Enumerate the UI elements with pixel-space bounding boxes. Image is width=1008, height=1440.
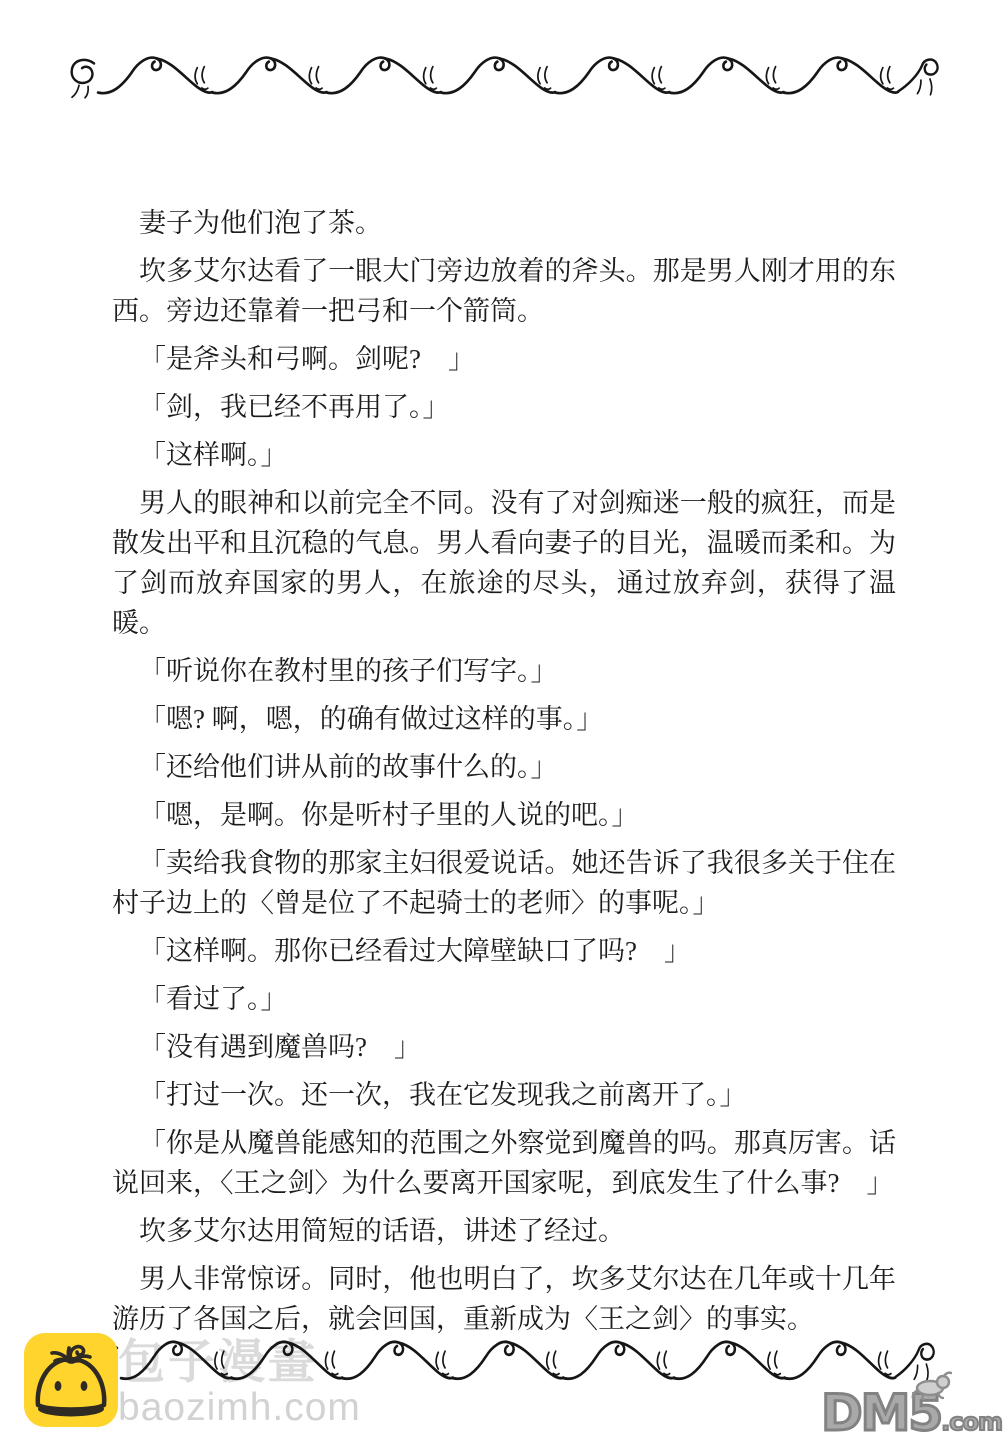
paragraph: 「是斧头和弓啊。剑呢? 」 <box>112 339 896 379</box>
paragraph: 「还给他们讲从前的故事什么的。」 <box>112 747 896 787</box>
paragraph: 男人非常惊讶。同时，他也明白了，坎多艾尔达在几年或十几年游历了各国之后，就会回国… <box>112 1259 896 1339</box>
paragraph: 「没有遇到魔兽吗? 」 <box>112 1027 896 1067</box>
paragraph: 「剑，我已经不再用了。」 <box>112 387 896 427</box>
baozi-watermark-name: 包子漫畫 <box>118 1338 318 1385</box>
paragraph: 男人的眼神和以前完全不同。没有了对剑痴迷一般的疯狂，而是散发出平和且沉稳的气息。… <box>112 483 896 643</box>
dm5-logo-tld: .com <box>941 1410 1002 1434</box>
baozi-logo-icon <box>24 1333 118 1427</box>
paragraph: 坎多艾尔达看了一眼大门旁边放着的斧头。那是男人刚才用的东西。旁边还靠着一把弓和一… <box>112 251 896 331</box>
paragraph: 「这样啊。」 <box>112 435 896 475</box>
paragraph: 「打过一次。还一次，我在它发现我之前离开了。」 <box>112 1075 896 1115</box>
dm5-mascot-icon <box>908 1370 952 1400</box>
dm5-logo: DM5 .com <box>821 1390 1002 1436</box>
paragraph: 坎多艾尔达用简短的话语，讲述了经过。 <box>112 1211 896 1251</box>
flourish-divider-top-icon <box>64 50 942 104</box>
novel-page: 妻子为他们泡了茶。坎多艾尔达看了一眼大门旁边放着的斧头。那是男人刚才用的东西。旁… <box>0 0 1008 1440</box>
novel-text: 妻子为他们泡了茶。坎多艾尔达看了一眼大门旁边放着的斧头。那是男人刚才用的东西。旁… <box>112 203 896 1347</box>
paragraph: 「你是从魔兽能感知的范围之外察觉到魔兽的吗。那真厉害。话说回来，〈王之剑〉为什么… <box>112 1123 896 1203</box>
paragraph: 「听说你在教村里的孩子们写字。」 <box>112 651 896 691</box>
baozi-watermark-domain: baozimh.com <box>118 1388 361 1427</box>
paragraph: 「嗯，是啊。你是听村子里的人说的吧。」 <box>112 795 896 835</box>
paragraph: 「卖给我食物的那家主妇很爱说话。她还告诉了我很多关于住在村子边上的〈曾是位了不起… <box>112 843 896 923</box>
paragraph: 「看过了。」 <box>112 979 896 1019</box>
paragraph: 「嗯? 啊，嗯，的确有做过这样的事。」 <box>112 699 896 739</box>
paragraph: 「这样啊。那你已经看过大障壁缺口了吗? 」 <box>112 931 896 971</box>
paragraph: 妻子为他们泡了茶。 <box>112 203 896 243</box>
